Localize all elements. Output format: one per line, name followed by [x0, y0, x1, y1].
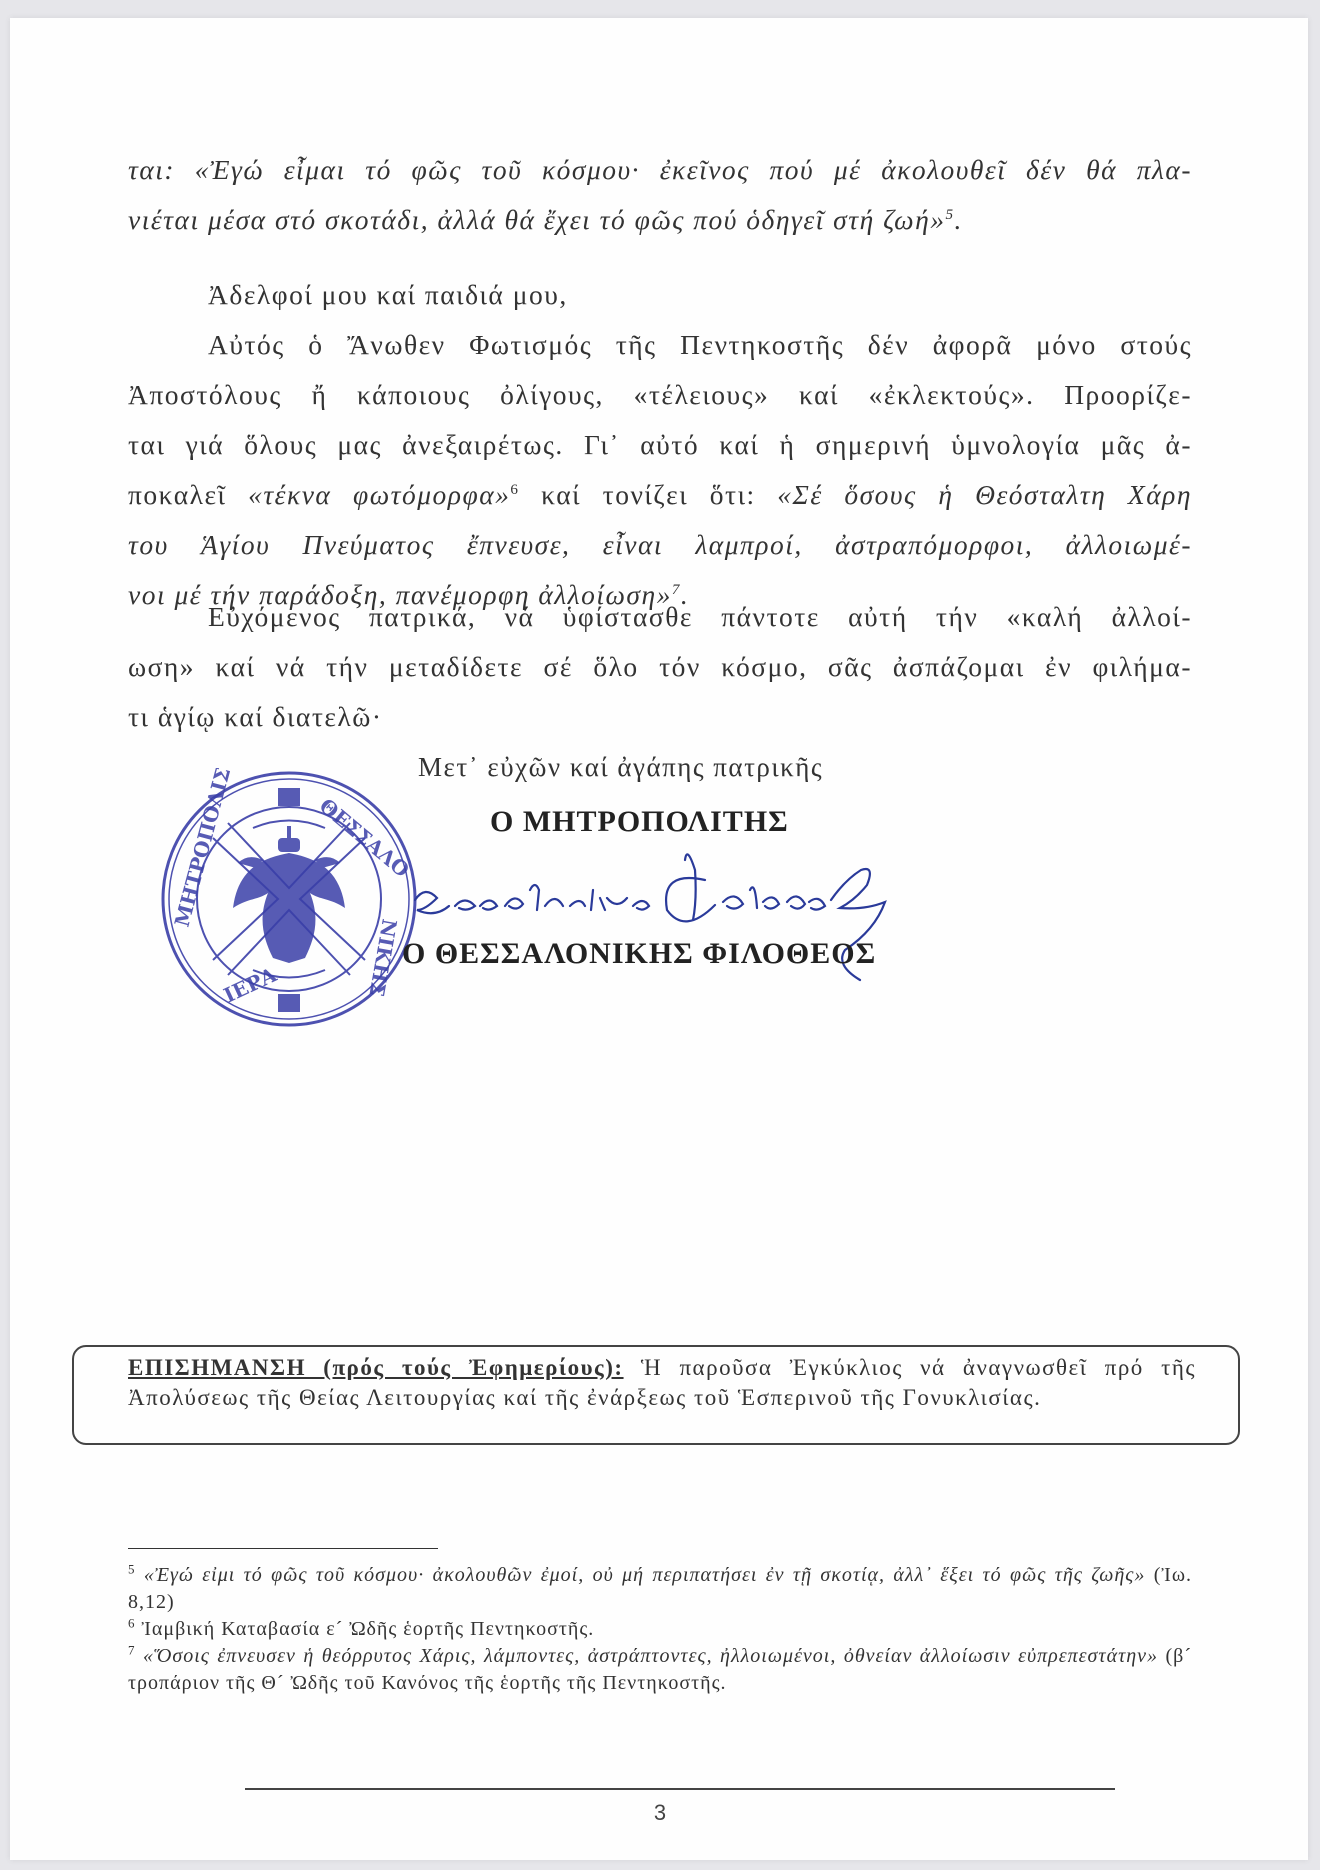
footnotes: 5 «Ἐγώ εἰμι τό φῶς τοῦ κόσμου· ἀκολουθῶν…	[128, 1562, 1192, 1697]
quote-text: νιέται μέσα στό σκοτάδι, ἀλλά θά ἔχει τό…	[128, 204, 945, 235]
text: καί τονίζει ὅτι:	[519, 479, 777, 510]
footnote-6: 6 Ἰαμβική Καταβασία ε´ Ὠδῆς ἑορτῆς Πεντη…	[128, 1616, 1192, 1643]
paragraph-continuation: ται: «Ἐγώ εἶμαι τό φῶς τοῦ κόσμου· ἐκεῖν…	[128, 145, 1192, 245]
footnote-citation: Ἰαμβική Καταβασία ε´ Ὠδῆς ἑορτῆς Πεντηκο…	[142, 1618, 595, 1640]
footnote-number: 6	[128, 1615, 136, 1630]
signatory-title: Ο ΜΗΤΡΟΠΟΛΙΤΗΣ	[490, 805, 789, 839]
metropolis-seal-icon: ΜΗΤΡΟΠΟΛΙΣ ΘΕΣΣΑΛΟ ΝΙΚΗΣ ΙΕΡΑ	[158, 768, 420, 1030]
footnote-separator	[128, 1548, 438, 1549]
signatory-name: Ο ΘΕΣΣΑΛΟΝΙΚΗΣ ΦΙΛΟΘΕΟΣ	[402, 937, 876, 971]
footnote-number: 5	[128, 1561, 136, 1576]
footnote-number: 7	[128, 1642, 136, 1657]
footnote-quote: «Ἐγώ εἰμι τό φῶς τοῦ κόσμου· ἀκολουθῶν ἐ…	[144, 1564, 1146, 1586]
text-line: ται γιά ὅλους μας ἀνεξαιρέτως. Γι᾽ αὐτό …	[128, 420, 1192, 470]
paragraph-3: Εὐχόμενος πατρικά, νά ὑφίστασθε πάντοτε …	[128, 592, 1192, 742]
greeting-text: Ἀδελφοί μου καί παιδιά μου,	[128, 270, 1192, 320]
closing-salutation: Μετ᾽ εὐχῶν καί ἀγάπης πατρικῆς	[418, 752, 823, 783]
text-line: του Ἁγίου Πνεύματος ἔπνευσε, εἶναι λαμπρ…	[128, 520, 1192, 570]
text: ποκαλεῖ	[128, 479, 248, 510]
footnote-5: 5 «Ἐγώ εἰμι τό φῶς τοῦ κόσμου· ἀκολουθῶν…	[128, 1562, 1192, 1616]
text-line: ποκαλεῖ «τέκνα φωτόμορφα»6 καί τονίζει ὅ…	[128, 470, 1192, 520]
quote-text: «τέκνα φωτόμορφα»	[248, 479, 510, 510]
svg-text:ΝΙΚΗΣ: ΝΙΚΗΣ	[365, 917, 402, 998]
text-line: ται: «Ἐγώ εἶμαι τό φῶς τοῦ κόσμου· ἐκεῖν…	[128, 145, 1192, 195]
footer-separator	[245, 1788, 1115, 1790]
punctuation: .	[955, 204, 963, 235]
notice-box: ΕΠΙΣΗΜΑΝΣΗ (πρός τούς Ἐφημερίους): Ἡ παρ…	[72, 1345, 1240, 1445]
footnote-ref[interactable]: 5	[945, 207, 954, 223]
text-line: Εὐχόμενος πατρικά, νά ὑφίστασθε πάντοτε …	[128, 592, 1192, 642]
text-line: τι ἁγίῳ καί διατελῶ·	[128, 692, 1192, 742]
footnote-7: 7 «Ὅσοις ἐπνευσεν ἡ θεόρρυτος Χάρις, λάμ…	[128, 1643, 1192, 1697]
text-line: ωση» καί νά τήν μεταδίδετε σέ ὅλο τόν κό…	[128, 642, 1192, 692]
paragraph-2: Αὐτός ὁ Ἄνωθεν Φωτισμός τῆς Πεντηκοστῆς …	[128, 320, 1192, 620]
text-line: νιέται μέσα στό σκοτάδι, ἀλλά θά ἔχει τό…	[128, 195, 1192, 245]
quote-text: «Σέ ὅσους ἡ Θεόσταλτη Χάρη	[777, 479, 1192, 510]
footnote-quote: «Ὅσοις ἐπνευσεν ἡ θεόρρυτος Χάρις, λάμπο…	[143, 1645, 1158, 1667]
page-number: 3	[0, 1800, 1320, 1826]
text-line: Αὐτός ὁ Ἄνωθεν Φωτισμός τῆς Πεντηκοστῆς …	[128, 320, 1192, 370]
greeting: Ἀδελφοί μου καί παιδιά μου,	[128, 270, 1192, 320]
text-line: Ἀποστόλους ἤ κάποιους ὀλίγους, «τέλειους…	[128, 370, 1192, 420]
notice-label: ΕΠΙΣΗΜΑΝΣΗ (πρός τούς Ἐφημερίους):	[128, 1355, 624, 1380]
